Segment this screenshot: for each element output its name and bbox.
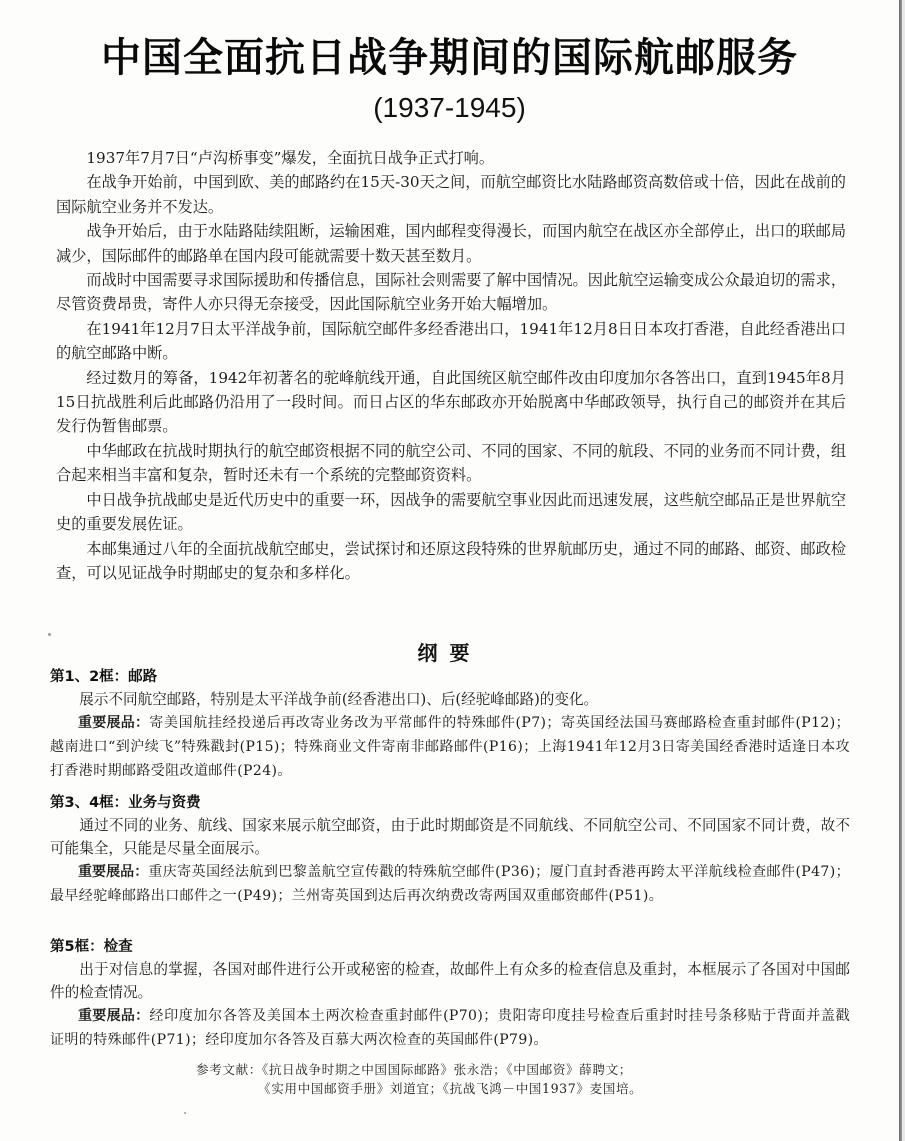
reference-line: 参考文献：《抗日战争时期之中国国际邮路》张永浩；《中国邮资》薛聘文； bbox=[196, 1060, 756, 1079]
document-page: 中国全面抗日战争期间的国际航邮服务 (1937-1945) 1937年7月7日“… bbox=[0, 0, 899, 1141]
section-description: 展示不同航空邮路，特别是太平洋战争前(经香港出口)、后(经驼峰邮路)的变化。 bbox=[50, 688, 850, 711]
references-label: 参考文献： bbox=[196, 1062, 262, 1077]
intro-paragraph: 在1941年12月7日太平洋战争前，国际航空邮件多经香港出口，1941年12月8… bbox=[56, 317, 846, 366]
highlights-label: 重要展品： bbox=[78, 864, 148, 880]
section-title: 第3、4框：业务与资费 bbox=[50, 792, 850, 814]
section-description: 通过不同的业务、航线、国家来展示航空邮资，由于此时期邮资是不同航线、不同航空公司… bbox=[50, 814, 850, 860]
highlights-text: 经印度加尔各答及美国本土两次检查重封邮件(P70)；贵阳寄印度挂号检查后重封时挂… bbox=[50, 1008, 850, 1048]
reference-text: 《抗日战争时期之中国国际邮路》张永浩；《中国邮资》薛聘文； bbox=[262, 1062, 632, 1077]
intro-paragraph: 1937年7月7日“卢沟桥事变”爆发，全面抗日战争正式打响。 bbox=[56, 146, 846, 170]
outline-section-censorship: 第5框：检查 出于对信息的掌握，各国对邮件进行公开或秘密的检查，故邮件上有众多的… bbox=[50, 936, 850, 1052]
intro-paragraph: 战争开始后，由于水陆路陆续阻断，运输困难，国内邮程变得漫长，而国内航空在战区亦全… bbox=[56, 219, 846, 268]
section-highlights: 重要展品：寄美国航挂经投递后再改寄业务改为平常邮件的特殊邮件(P7)；寄英国经法… bbox=[50, 711, 850, 783]
outline-section-rates: 第3、4框：业务与资费 通过不同的业务、航线、国家来展示航空邮资，由于此时期邮资… bbox=[50, 792, 850, 908]
section-description: 出于对信息的掌握，各国对邮件进行公开或秘密的检查，故邮件上有众多的检查信息及重封… bbox=[50, 958, 850, 1004]
intro-paragraph: 中华邮政在抗战时期执行的航空邮资根据不同的航空公司、不同的国家、不同的航段、不同… bbox=[56, 439, 846, 488]
highlights-text: 寄美国航挂经投递后再改寄业务改为平常邮件的特殊邮件(P7)；寄英国经法国马赛邮路… bbox=[50, 715, 850, 779]
scan-speck bbox=[48, 633, 51, 636]
intro-body: 1937年7月7日“卢沟桥事变”爆发，全面抗日战争正式打响。 在战争开始前，中国… bbox=[56, 146, 846, 585]
intro-paragraph: 中日战争抗战邮史是近代历史中的重要一环，因战争的需要航空事业因此而迅速发展，这些… bbox=[56, 488, 846, 537]
intro-paragraph: 经过数月的筹备，1942年初著名的驼峰航线开通，自此国统区航空邮件改由印度加尔各… bbox=[56, 366, 846, 439]
outline-heading: 纲要 bbox=[0, 640, 899, 666]
highlights-label: 重要展品： bbox=[78, 715, 149, 731]
intro-paragraph: 而战时中国需要寻求国际援助和传播信息，国际社会则需要了解中国情况。因此航空运输变… bbox=[56, 268, 846, 317]
section-title: 第5框：检查 bbox=[50, 936, 850, 958]
reference-line: 《实用中国邮资手册》刘道宜；《抗战飞鸿－中国1937》麦国培。 bbox=[196, 1079, 756, 1098]
intro-paragraph: 在战争开始前，中国到欧、美的邮路约在15天-30天之间，而航空邮资比水陆路邮资高… bbox=[56, 170, 846, 219]
outline-section-routes: 第1、2框：邮路 展示不同航空邮路，特别是太平洋战争前(经香港出口)、后(经驼峰… bbox=[50, 666, 850, 783]
references: 参考文献：《抗日战争时期之中国国际邮路》张永浩；《中国邮资》薛聘文； 《实用中国… bbox=[196, 1060, 756, 1098]
highlights-text: 重庆寄英国经法航到巴黎盖航空宣传戳的特殊航空邮件(P36)；厦门直封香港再跨太平… bbox=[50, 864, 850, 904]
page-subtitle-years: (1937-1945) bbox=[0, 92, 899, 124]
scan-speck bbox=[184, 1112, 186, 1114]
section-highlights: 重要展品：重庆寄英国经法航到巴黎盖航空宣传戳的特殊航空邮件(P36)；厦门直封香… bbox=[50, 860, 850, 908]
intro-paragraph: 本邮集通过八年的全面抗战航空邮史，尝试探讨和还原这段特殊的世界航邮历史，通过不同… bbox=[56, 537, 846, 586]
page-title: 中国全面抗日战争期间的国际航邮服务 bbox=[0, 30, 899, 86]
highlights-label: 重要展品： bbox=[78, 1008, 149, 1024]
section-title: 第1、2框：邮路 bbox=[50, 666, 850, 688]
section-highlights: 重要展品：经印度加尔各答及美国本土两次检查重封邮件(P70)；贵阳寄印度挂号检查… bbox=[50, 1004, 850, 1052]
